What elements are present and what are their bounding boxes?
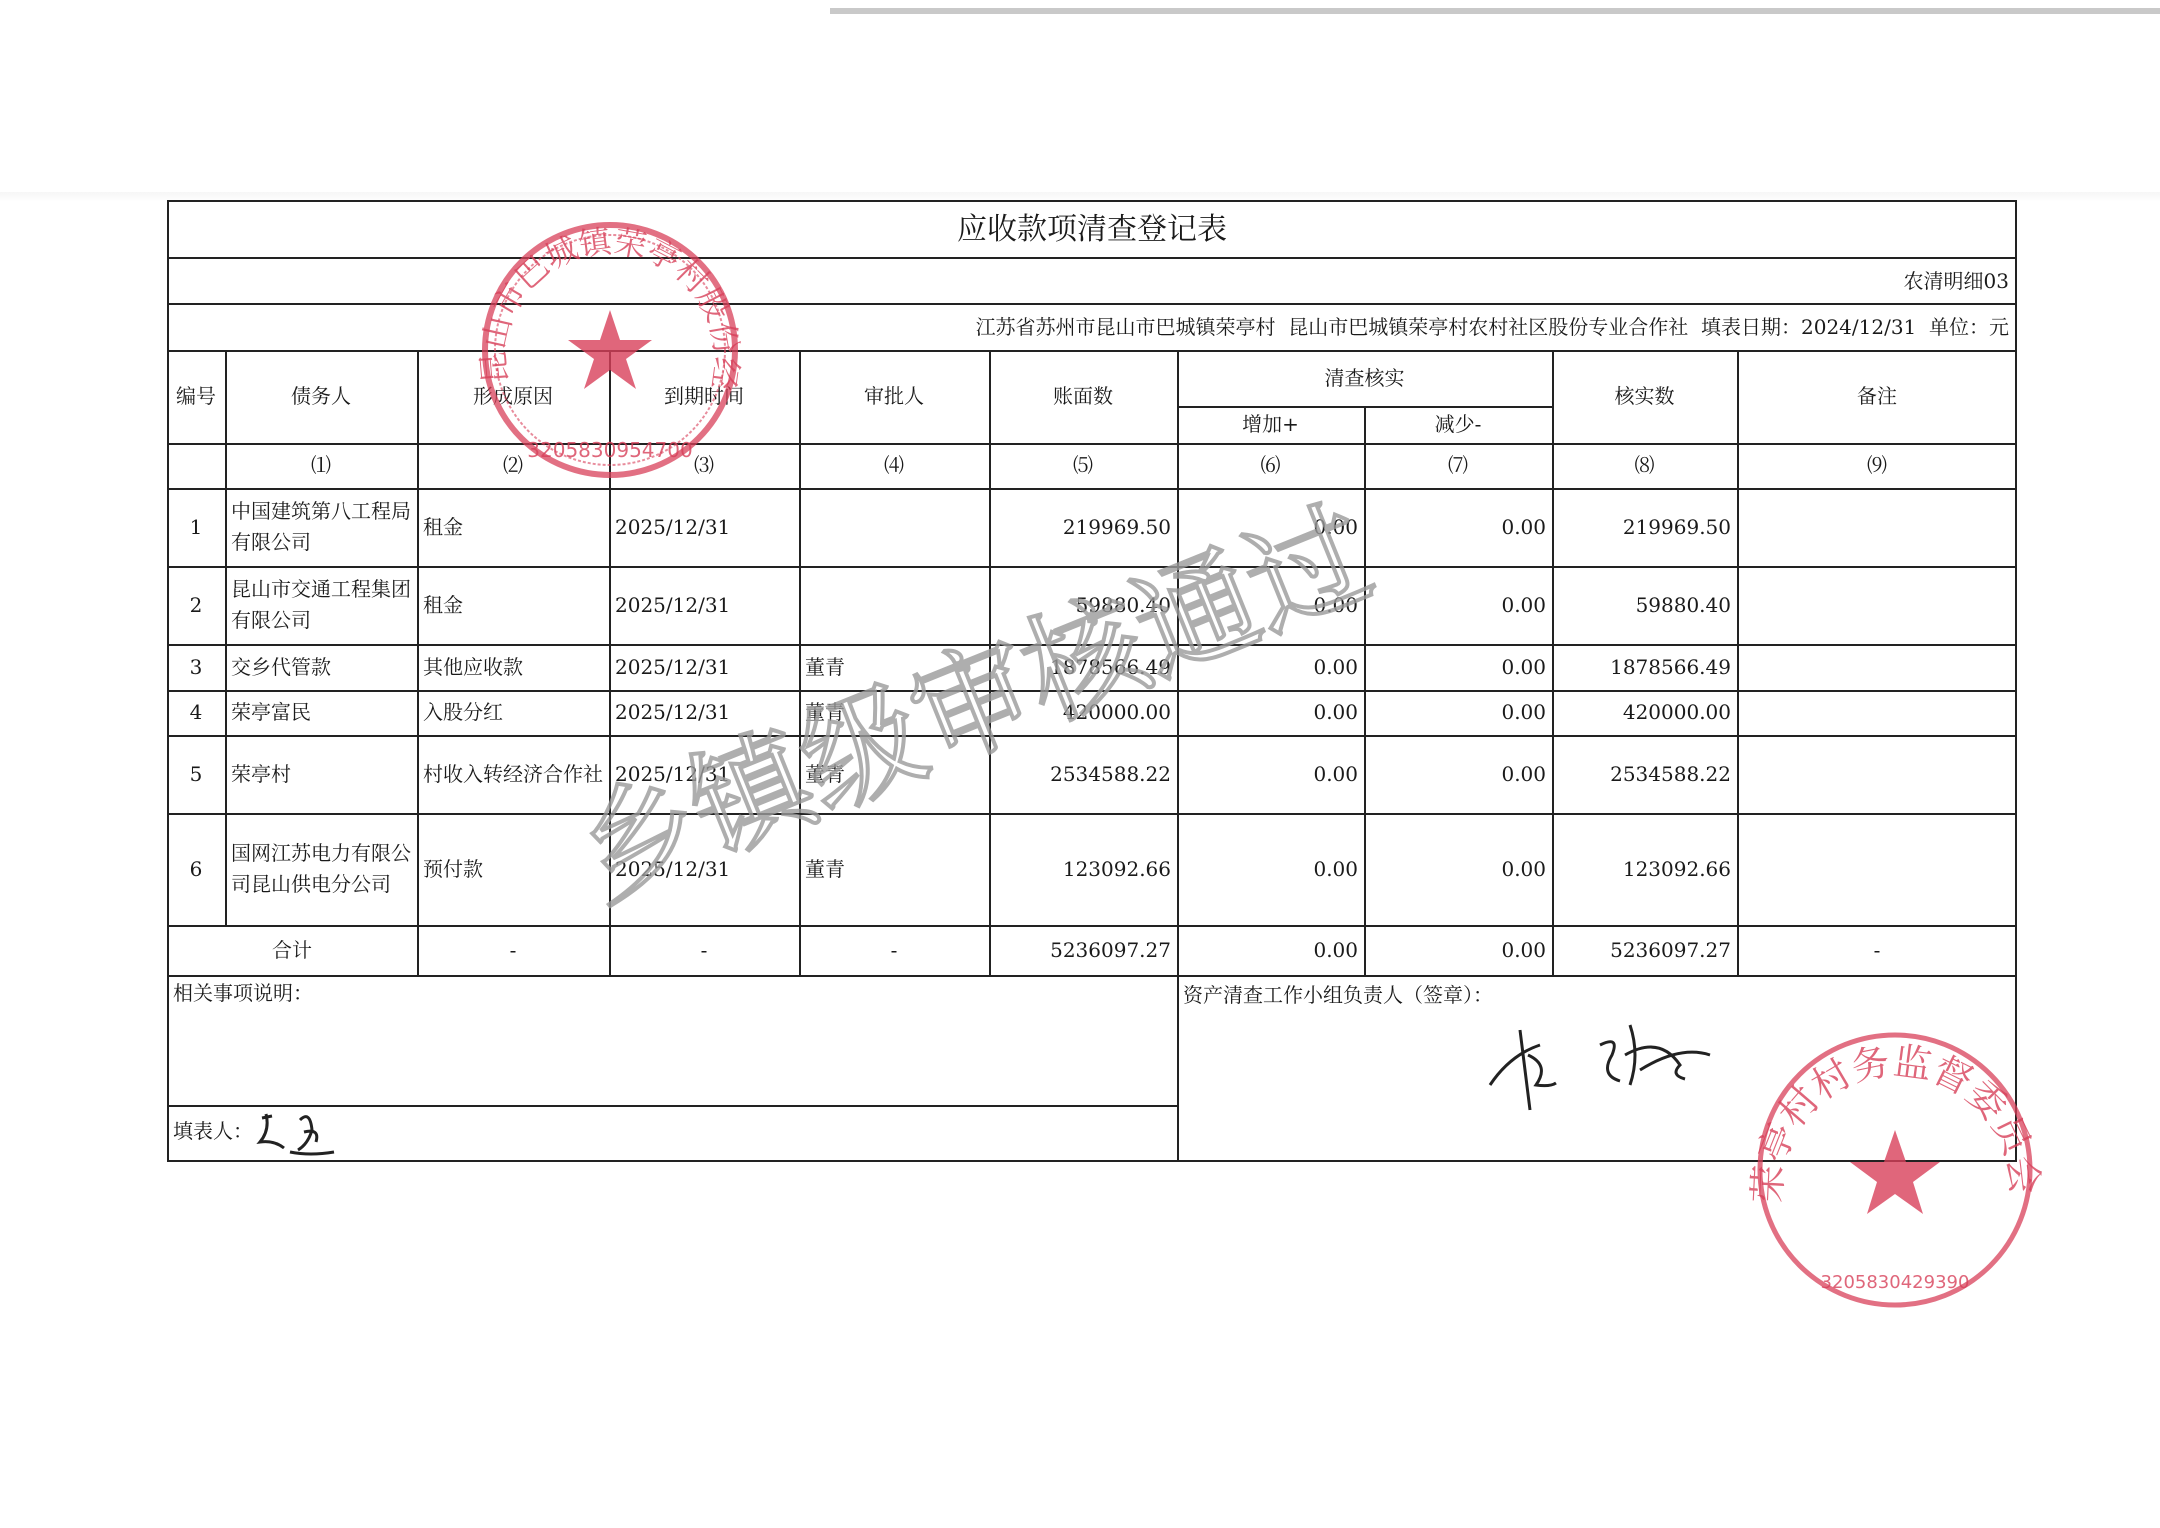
row-2-verified: 59880.40: [1552, 566, 1737, 644]
receivables-register-form: 应收款项清查登记表 农清明细03 江苏省苏州市昆山市巴城镇荣亭村 昆山市巴城镇荣…: [167, 200, 2017, 1160]
form-code: 农清明细03: [1904, 268, 2009, 294]
row-1-due-date: 2025/12/31: [609, 488, 799, 566]
row-5-debtor: 荣亭村: [225, 735, 417, 813]
row-2-decrease: 0.00: [1364, 566, 1552, 644]
total-remarks: -: [1737, 925, 2017, 975]
row-5-decrease: 0.00: [1364, 735, 1552, 813]
header-no: 编号: [167, 350, 225, 443]
row-5-reason: 村收入转经济合作社: [417, 735, 609, 813]
row-6-reason: 预付款: [417, 813, 609, 925]
column-index: ⑴: [225, 443, 417, 488]
row-6-decrease: 0.00: [1364, 813, 1552, 925]
column-index: ⑷: [799, 443, 989, 488]
row-2-approver: [799, 566, 989, 644]
column-index: ⑼: [1737, 443, 2017, 488]
svg-text:3205830429390: 3205830429390: [1821, 1272, 1970, 1293]
row-2-book-value: 59880.40: [989, 566, 1177, 644]
row-1-debtor: 中国建筑第八工程局有限公司: [225, 488, 417, 566]
row-1-reason: 租金: [417, 488, 609, 566]
header-reason: 形成原因: [417, 350, 609, 443]
header-decrease: 减少-: [1364, 406, 1552, 443]
header-verified: 核实数: [1552, 350, 1737, 443]
row-1-book-value: 219969.50: [989, 488, 1177, 566]
preparer-label: 填表人：: [173, 1118, 253, 1144]
row-4-remarks: [1737, 690, 2017, 735]
row-4-debtor: 荣亭富民: [225, 690, 417, 735]
fill-date-label: 填表日期：: [1701, 315, 1801, 339]
row-4-book-value: 420000.00: [989, 690, 1177, 735]
row-1-remarks: [1737, 488, 2017, 566]
row-3-decrease: 0.00: [1364, 644, 1552, 690]
row-6-due-date: 2025/12/31: [609, 813, 799, 925]
row-5-approver: 董青: [799, 735, 989, 813]
column-index: ⑵: [417, 443, 609, 488]
total-verified: 5236097.27: [1552, 925, 1737, 975]
row-4-approver: 董青: [799, 690, 989, 735]
row-6-debtor: 国网江苏电力有限公司昆山供电分公司: [225, 813, 417, 925]
row-3-verified: 1878566.49: [1552, 644, 1737, 690]
row-1-increase: 0.00: [1177, 488, 1364, 566]
row-1-no: 1: [167, 488, 225, 566]
header-book-value: 账面数: [989, 350, 1177, 443]
total-approver: -: [799, 925, 989, 975]
row-6-increase: 0.00: [1177, 813, 1364, 925]
header-remarks: 备注: [1737, 350, 2017, 443]
header-increase: 增加+: [1177, 406, 1364, 443]
header-debtor: 债务人: [225, 350, 417, 443]
row-6-remarks: [1737, 813, 2017, 925]
total-increase: 0.00: [1177, 925, 1364, 975]
row-4-reason: 入股分红: [417, 690, 609, 735]
row-4-increase: 0.00: [1177, 690, 1364, 735]
organization: 昆山市巴城镇荣亭村农村社区股份专业合作社: [1288, 315, 1688, 339]
unit: 元: [1989, 315, 2009, 339]
row-2-reason: 租金: [417, 566, 609, 644]
leader-label: 资产清查工作小组负责人（签章）：: [1183, 982, 1493, 1008]
row-2-remarks: [1737, 566, 2017, 644]
fill-date: 2024/12/31: [1801, 315, 1916, 339]
row-2-due-date: 2025/12/31: [609, 566, 799, 644]
row-1-verified: 219969.50: [1552, 488, 1737, 566]
row-5-no: 5: [167, 735, 225, 813]
form-title: 应收款项清查登记表: [167, 210, 2017, 250]
row-3-due-date: 2025/12/31: [609, 644, 799, 690]
row-3-approver: 董青: [799, 644, 989, 690]
total-decrease: 0.00: [1364, 925, 1552, 975]
total-label: 合计: [167, 925, 417, 975]
row-3-remarks: [1737, 644, 2017, 690]
row-4-decrease: 0.00: [1364, 690, 1552, 735]
row-1-approver: [799, 488, 989, 566]
header-approver: 审批人: [799, 350, 989, 443]
info-line: 江苏省苏州市昆山市巴城镇荣亭村 昆山市巴城镇荣亭村农村社区股份专业合作社 填表日…: [976, 314, 2009, 340]
row-5-remarks: [1737, 735, 2017, 813]
notes-label: 相关事项说明：: [173, 980, 313, 1006]
column-index: ⑺: [1364, 443, 1552, 488]
column-index: ⑶: [609, 443, 799, 488]
row-2-no: 2: [167, 566, 225, 644]
column-index: ⑻: [1552, 443, 1737, 488]
header-verification: 清查核实: [1177, 350, 1552, 406]
row-2-debtor: 昆山市交通工程集团有限公司: [225, 566, 417, 644]
row-5-due-date: 2025/12/31: [609, 735, 799, 813]
row-4-no: 4: [167, 690, 225, 735]
row-3-reason: 其他应收款: [417, 644, 609, 690]
scan-edge: [830, 8, 2160, 14]
total-reason: -: [417, 925, 609, 975]
total-book-value: 5236097.27: [989, 925, 1177, 975]
row-2-increase: 0.00: [1177, 566, 1364, 644]
row-5-verified: 2534588.22: [1552, 735, 1737, 813]
row-1-decrease: 0.00: [1364, 488, 1552, 566]
row-3-book-value: 1878566.49: [989, 644, 1177, 690]
row-3-no: 3: [167, 644, 225, 690]
unit-label: 单位：: [1929, 315, 1989, 339]
row-6-approver: 董青: [799, 813, 989, 925]
column-index: ⑹: [1177, 443, 1364, 488]
column-index: ⑸: [989, 443, 1177, 488]
location: 江苏省苏州市昆山市巴城镇荣亭村: [976, 315, 1276, 339]
row-5-book-value: 2534588.22: [989, 735, 1177, 813]
row-3-increase: 0.00: [1177, 644, 1364, 690]
row-4-due-date: 2025/12/31: [609, 690, 799, 735]
row-6-book-value: 123092.66: [989, 813, 1177, 925]
row-6-verified: 123092.66: [1552, 813, 1737, 925]
total-due-date: -: [609, 925, 799, 975]
row-3-debtor: 交乡代管款: [225, 644, 417, 690]
row-4-verified: 420000.00: [1552, 690, 1737, 735]
header-due-date: 到期时间: [609, 350, 799, 443]
row-6-no: 6: [167, 813, 225, 925]
row-5-increase: 0.00: [1177, 735, 1364, 813]
